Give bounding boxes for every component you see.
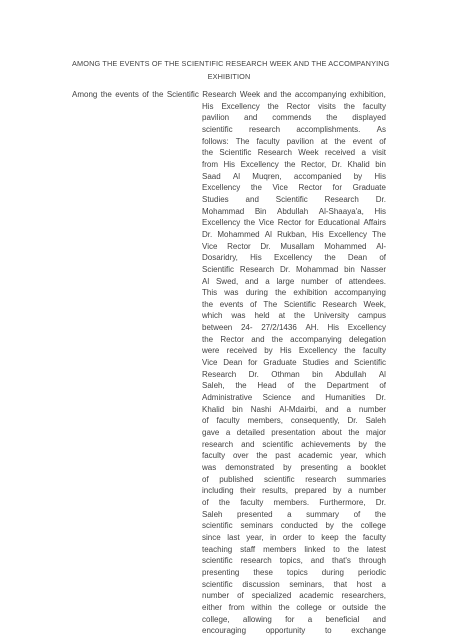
text-line: AmongtheeventsoftheScientificResearchWee… bbox=[72, 89, 386, 101]
text-line: AdministrativeScienceandHumanitiesDr. bbox=[202, 392, 386, 404]
text-line: facultyoverthepastacademicyear,which bbox=[202, 450, 386, 462]
text-line: Saleh,theHeadoftheDepartmentof bbox=[202, 380, 386, 392]
text-line: eitherfromwithinthecollegeoroutsidethe bbox=[202, 602, 386, 614]
text-line: scientificresearchtopics,andthat'sthroug… bbox=[202, 555, 386, 567]
text-line: ScientificResearchDr.MohammadbinNasser bbox=[202, 264, 386, 276]
text-line: college,allowingforabeneficialand bbox=[202, 614, 386, 626]
text-line: ViceDeanforGraduateStudiesandScientific bbox=[202, 357, 386, 369]
page-content: AMONG THE EVENTS OF THE SCIENTIFIC RESEA… bbox=[72, 57, 386, 637]
text-line: Salehpresentedasummaryofthe bbox=[202, 509, 386, 521]
text-line: MohammadBinAbdullahAl-Shaaya'a,His bbox=[202, 206, 386, 218]
text-line: werereceivedbyHisExcellencythefaculty bbox=[202, 345, 386, 357]
text-line: scientificseminarsconductedbythecollege bbox=[202, 520, 386, 532]
text-line: theeventsofTheScientificResearchWeek, bbox=[202, 299, 386, 311]
text-line: HisExcellencytheRectorvisitsthefaculty bbox=[202, 101, 386, 113]
text-line: ResearchDr.OthmanbinAbdullahAl bbox=[202, 369, 386, 381]
text-line: theScientificResearchWeekreceivedavisit bbox=[202, 147, 386, 159]
text-line: whichwasheldattheUniversitycampus bbox=[202, 310, 386, 322]
text-line: follows:Thefacultypavilionattheeventof bbox=[202, 136, 386, 148]
text-line: wasdemonstratedbypresentingabooklet bbox=[202, 462, 386, 474]
text-line: fromHisExcellencytheRector,Dr.Khalidbin bbox=[202, 159, 386, 171]
text-line: ofthefacultymembers.Furthermore,Dr. bbox=[202, 497, 386, 509]
article-body: AmongtheeventsoftheScientificResearchWee… bbox=[72, 89, 386, 637]
text-line: KhalidbinNashiAl-Mdairbi,andanumber bbox=[202, 404, 386, 416]
text-line: between24-27/2/1436AH.HisExcellency bbox=[202, 322, 386, 334]
page-title-line-2: EXHIBITION bbox=[72, 70, 386, 83]
text-line: Thiswasduringtheexhibitionaccompanying bbox=[202, 287, 386, 299]
page-title: AMONG THE EVENTS OF THE SCIENTIFIC RESEA… bbox=[72, 57, 386, 83]
text-line: includingtheirresults,preparedbyanumber bbox=[202, 485, 386, 497]
text-line: theRectorandtheaccompanyingdelegation bbox=[202, 334, 386, 346]
document-page: AMONG THE EVENTS OF THE SCIENTIFIC RESEA… bbox=[0, 0, 450, 637]
text-line: encouragingopportunitytoexchange bbox=[202, 625, 386, 637]
page-title-line-1: AMONG THE EVENTS OF THE SCIENTIFIC RESEA… bbox=[72, 57, 386, 70]
text-line: ofpublishedscientificresearchsummaries bbox=[202, 474, 386, 486]
text-line: StudiesandScientificResearchDr. bbox=[202, 194, 386, 206]
text-line: researchandscientificachievementsbythe bbox=[202, 439, 386, 451]
text-line: ExcellencytheViceRectorforEducationalAff… bbox=[202, 217, 386, 229]
text-line: sincelastyear,inordertokeepthefaculty bbox=[202, 532, 386, 544]
text-line: numberofspecializedacademicresearchers, bbox=[202, 590, 386, 602]
text-line: Dosaridry,HisExcellencytheDeanof bbox=[202, 252, 386, 264]
text-line: offacultymembers,consequently,Dr.Saleh bbox=[202, 415, 386, 427]
text-line: teachingstaffmemberslinkedtothelatest bbox=[202, 544, 386, 556]
text-line: scientificresearchaccomplishments.As bbox=[202, 124, 386, 136]
text-line: ExcellencytheViceRectorforGraduate bbox=[202, 182, 386, 194]
text-line: AlSwed,andalargenumberofattendees. bbox=[202, 276, 386, 288]
text-line: pavilionandcommendsthedisplayed bbox=[202, 112, 386, 124]
text-line: ViceRectorDr.MusallamMohammedAl- bbox=[202, 241, 386, 253]
text-line: presentingthesetopicsduringperiodic bbox=[202, 567, 386, 579]
text-line: Dr.MohammedAlRukban,HisExcellencyThe bbox=[202, 229, 386, 241]
text-line: SaadAlMuqren,accompaniedbyHis bbox=[202, 171, 386, 183]
text-line: scientificdiscussionseminars,thathosta bbox=[202, 579, 386, 591]
text-line: gaveadetailedpresentationaboutthemajor bbox=[202, 427, 386, 439]
